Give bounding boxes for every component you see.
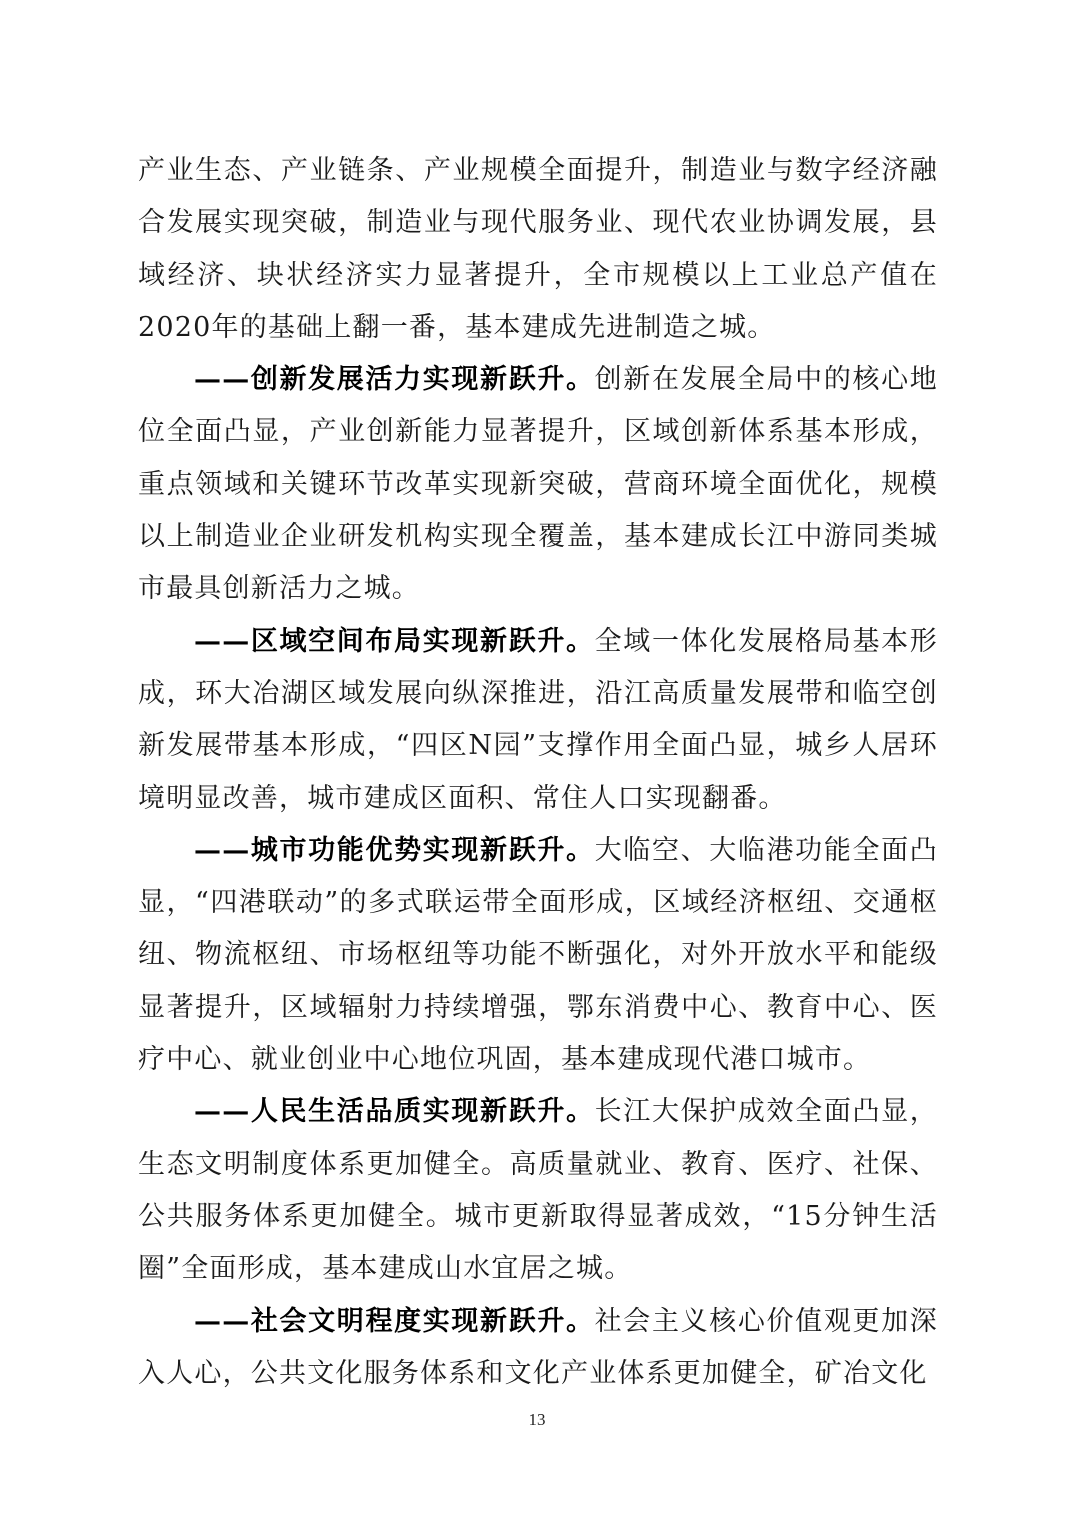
paragraph-city-function: ——城市功能优势实现新跃升。大临空、大临港功能全面凸显，“四港联动”的多式联运带… <box>138 825 938 1086</box>
paragraph-heading: ——人民生活品质实现新跃升。 <box>194 1096 595 1127</box>
paragraph-spatial-layout: ——区域空间布局实现新跃升。全域一体化发展格局基本形成，环大冶湖区域发展向纵深推… <box>138 616 938 825</box>
paragraph-text: 大临空、大临港功能全面凸显，“四港联动”的多式联运带全面形成，区域经济枢纽、交通… <box>138 835 938 1075</box>
paragraph-social-civility: ——社会文明程度实现新跃升。社会主义核心价值观更加深入人心，公共文化服务体系和文… <box>138 1296 938 1401</box>
paragraph-text: 产业生态、产业链条、产业规模全面提升，制造业与数字经济融合发展实现突破，制造业与… <box>138 155 938 343</box>
paragraph-innovation: ——创新发展活力实现新跃升。创新在发展全局中的核心地位全面凸显，产业创新能力显著… <box>138 354 938 615</box>
document-page-body: 产业生态、产业链条、产业规模全面提升，制造业与数字经济融合发展实现突破，制造业与… <box>138 145 938 1400</box>
page-number: 13 <box>0 1410 1074 1430</box>
paragraph-heading: ——社会文明程度实现新跃升。 <box>194 1306 595 1337</box>
paragraph-text: 创新在发展全局中的核心地位全面凸显，产业创新能力显著提升，区域创新体系基本形成，… <box>138 364 938 604</box>
paragraph-continuation: 产业生态、产业链条、产业规模全面提升，制造业与数字经济融合发展实现突破，制造业与… <box>138 145 938 354</box>
paragraph-heading: ——城市功能优势实现新跃升。 <box>194 835 595 866</box>
paragraph-heading: ——创新发展活力实现新跃升。 <box>194 364 595 395</box>
paragraph-quality-of-life: ——人民生活品质实现新跃升。长江大保护成效全面凸显，生态文明制度体系更加健全。高… <box>138 1086 938 1295</box>
paragraph-heading: ——区域空间布局实现新跃升。 <box>194 626 595 657</box>
